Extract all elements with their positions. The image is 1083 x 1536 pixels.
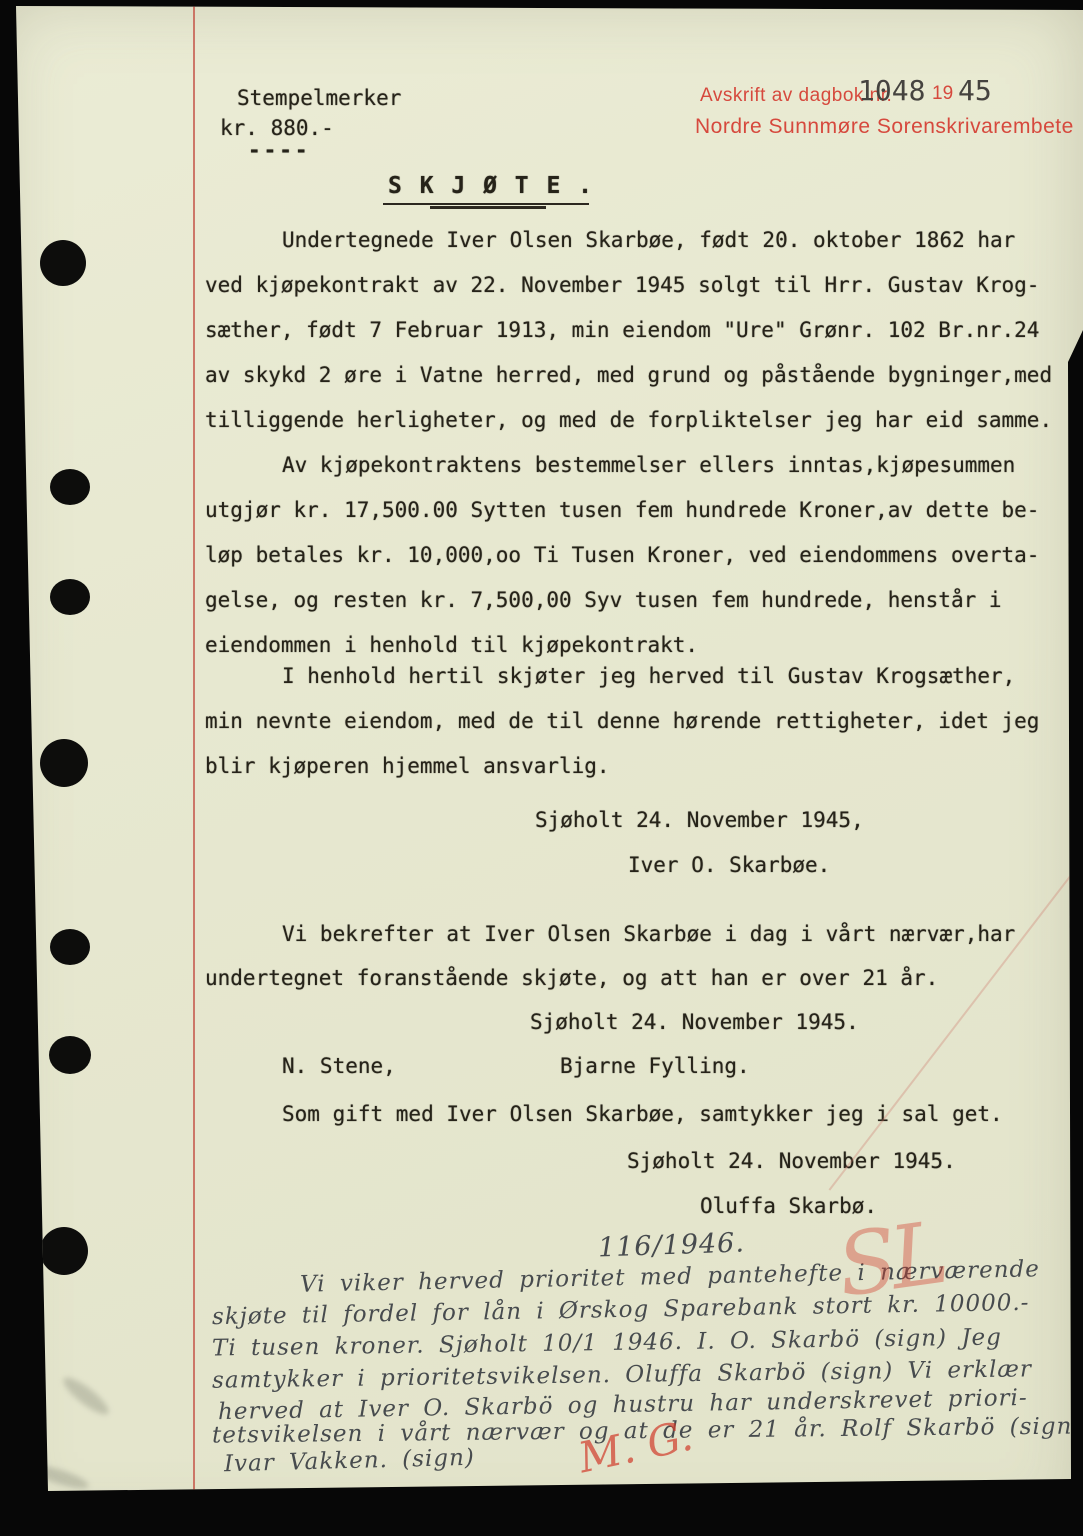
dateline-spouse: Sjøholt 24. November 1945. xyxy=(627,1149,956,1173)
typed-line: undertegnet foranstående skjøte, og att … xyxy=(205,966,938,990)
typed-line: utgjør kr. 17,500.00 Sytten tusen fem hu… xyxy=(205,498,1039,522)
hole-punch xyxy=(40,240,86,286)
journal-stamp-office: Nordre Sunnmøre Sorenskrivarembete xyxy=(695,115,1074,139)
scanned-deed-page: Stempelmerker kr. 880.- ---- Avskrift av… xyxy=(0,0,1083,1536)
typed-line: Undertegnede Iver Olsen Skarbøe, født 20… xyxy=(282,228,1015,252)
typed-line: tilliggende herligheter, og med de forpl… xyxy=(205,408,1052,432)
typed-line: blir kjøperen hjemmel ansvarlig. xyxy=(205,754,610,778)
handwritten-line: Ivar Vakken. (sign) xyxy=(224,1445,475,1478)
hole-punch xyxy=(50,929,90,965)
red-registrar-mark: SL xyxy=(832,1203,949,1317)
scan-crease-line xyxy=(829,859,1083,1190)
typed-line: ved kjøpekontrakt av 22. November 1945 s… xyxy=(205,273,1039,297)
typed-line: Av kjøpekontraktens bestemmelser ellers … xyxy=(282,453,1015,477)
journal-year: 45 xyxy=(958,74,992,107)
typed-line: gelse, og resten kr. 7,500,00 Syv tusen … xyxy=(205,588,1002,612)
title-underline-overstrike xyxy=(430,206,546,209)
page-title: S K J Ø T E . xyxy=(388,174,594,198)
typed-line: sæther, født 7 Februar 1913, min eiendom… xyxy=(205,318,1039,342)
pencil-smudge xyxy=(29,1461,90,1493)
journal-number: 1048 xyxy=(858,74,925,107)
hole-punch xyxy=(50,469,90,505)
dateline-seller: Sjøholt 24. November 1945, xyxy=(535,808,864,832)
hole-punch xyxy=(40,739,88,787)
stamp-duty-dashes: ---- xyxy=(248,138,311,162)
journal-stamp-century: 19 xyxy=(932,83,953,105)
hole-punch xyxy=(40,1227,88,1275)
signature-seller: Iver O. Skarbøe. xyxy=(628,853,830,877)
typed-line: av skykd 2 øre i Vatne herred, med grund… xyxy=(205,363,1052,387)
paper-sheet: Stempelmerker kr. 880.- ---- Avskrift av… xyxy=(0,0,1083,1536)
typed-line: Vi bekrefter at Iver Olsen Skarbøe i dag… xyxy=(282,922,1015,946)
margin-line xyxy=(193,0,195,1536)
stamp-duty-amount: kr. 880.- xyxy=(220,116,334,140)
hole-punch xyxy=(50,579,90,615)
typed-line: min nevnte eiendom, med de til denne hør… xyxy=(205,709,1039,733)
typed-line: eiendommen i henhold til kjøpekontrakt. xyxy=(205,633,698,657)
dateline-witness: Sjøholt 24. November 1945. xyxy=(530,1010,859,1034)
title-underline xyxy=(383,203,589,205)
pencil-smudge xyxy=(59,1372,113,1419)
handwritten-line: Ti tusen kroner. Sjøholt 10/1 1946. I. O… xyxy=(212,1324,1002,1361)
typed-line: løp betales kr. 10,000,oo Ti Tusen Krone… xyxy=(205,543,1039,567)
handwritten-case-number: 116/1946. xyxy=(598,1227,746,1263)
hole-punch xyxy=(49,1036,91,1074)
witness-signature-1: N. Stene, xyxy=(282,1054,396,1078)
witness-signature-2: Bjarne Fylling. xyxy=(560,1054,750,1078)
typed-line: I henhold hertil skjøter jeg herved til … xyxy=(282,664,1015,688)
stamp-duty-label: Stempelmerker xyxy=(237,86,401,110)
